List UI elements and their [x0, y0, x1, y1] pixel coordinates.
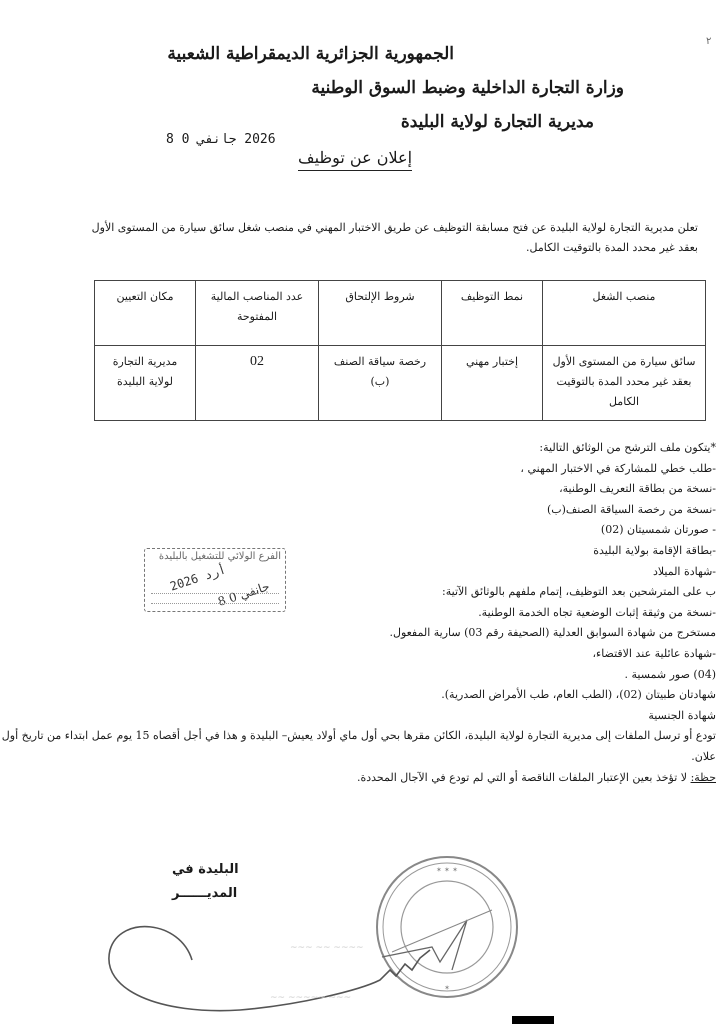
- documents-intro: *يتكون ملف الترشح من الوثائق التالية:: [96, 438, 716, 459]
- table-header-row: منصب الشغل نمط التوظيف شروط الإلتحاق عدد…: [95, 281, 706, 346]
- list-item: شهادتان طبيتان (02)، (الطب العام، طب الأ…: [96, 685, 716, 706]
- svg-text:✶ ✶ ✶: ✶ ✶ ✶: [436, 866, 458, 874]
- table-cell-position: سائق سيارة من المستوى الأول بعقد غير محد…: [543, 346, 706, 421]
- header-directorate: مديرية التجارة لولاية البليدة: [401, 112, 594, 132]
- note-line: حظة: لا تؤخذ بعين الإعتبار الملفات الناق…: [96, 768, 716, 789]
- list-item: -نسخة من بطاقة التعريف الوطنية،: [96, 479, 716, 500]
- table-row: سائق سيارة من المستوى الأول بعقد غير محد…: [95, 346, 706, 421]
- intro-paragraph: تعلن مديرية التجارة لولاية البليدة عن فت…: [82, 218, 698, 258]
- documents-section: *يتكون ملف الترشح من الوثائق التالية: -ط…: [96, 438, 716, 788]
- list-item: شهادة الجنسية: [96, 706, 716, 727]
- list-item: -شهادة عائلية عند الاقتضاء،: [96, 644, 716, 665]
- signature-scribble-icon: ~~~ ~~ ~~~~ ~~ ~~~~~ ~~~: [100, 920, 520, 1020]
- svg-text:~~~ ~~ ~~~~: ~~~ ~~ ~~~~: [290, 943, 364, 953]
- table-cell-count: 02: [196, 346, 319, 421]
- list-item: -طلب خطي للمشاركة في الاختبار المهني ،: [96, 459, 716, 480]
- header-republic: الجمهورية الجزائرية الديمقراطية الشعبية: [167, 44, 454, 64]
- reception-stamp-day: جانفي 0 8: [216, 579, 271, 609]
- reception-stamp-title: الفرع الولائي للتشغيل بالبليدة: [149, 551, 281, 562]
- note-label: حظة:: [691, 771, 716, 784]
- signature-city: البليدة في: [172, 862, 239, 877]
- table-cell-conditions: رخصة سياقة الصنف (ب): [319, 346, 442, 421]
- note-text: لا تؤخذ بعين الإعتبار الملفات الناقصة أو…: [357, 771, 687, 784]
- table-header-cell: نمط التوظيف: [442, 281, 543, 346]
- table-header-cell: شروط الإلتحاق: [319, 281, 442, 346]
- reception-stamp-line: [151, 593, 279, 594]
- table-header-cell: مكان التعيين: [95, 281, 196, 346]
- submission-text-end: علان.: [96, 747, 716, 768]
- black-redaction-bar: [512, 1016, 554, 1024]
- reception-stamp-line: [151, 603, 279, 604]
- header-ministry: وزارة التجارة الداخلية وضبط السوق الوطني…: [311, 78, 624, 98]
- submission-text: تودع أو ترسل الملفات إلى مديرية التجارة …: [96, 726, 716, 747]
- table-cell-mode: إختبار مهني: [442, 346, 543, 421]
- list-item: - صورتان شمسيتان (02): [96, 520, 716, 541]
- list-item: -نسخة من رخصة السياقة الصنف(ب): [96, 500, 716, 521]
- reception-stamp-year: 2026 أرد: [168, 562, 227, 593]
- svg-text:~~ ~~~~~ ~~~: ~~ ~~~~~ ~~~: [270, 993, 351, 1003]
- positions-table: منصب الشغل نمط التوظيف شروط الإلتحاق عدد…: [94, 280, 706, 421]
- reception-stamp: الفرع الولائي للتشغيل بالبليدة 2026 أرد …: [144, 548, 286, 612]
- table-header-cell: عدد المناصب المالية المفتوحة: [196, 281, 319, 346]
- list-item: (04) صور شمسية .: [96, 665, 716, 686]
- date-stamp: 2026 جانفي 0 8: [166, 132, 276, 147]
- page-corner-mark: ٢: [706, 36, 711, 47]
- table-cell-location: مديرية التجارة لولاية البليدة: [95, 346, 196, 421]
- list-item: مستخرج من شهادة السوابق العدلية (الصحيفة…: [96, 623, 716, 644]
- page-title: إعلان عن توظيف: [298, 148, 412, 171]
- signature-title: المديــــــر: [172, 886, 237, 901]
- table-header-cell: منصب الشغل: [543, 281, 706, 346]
